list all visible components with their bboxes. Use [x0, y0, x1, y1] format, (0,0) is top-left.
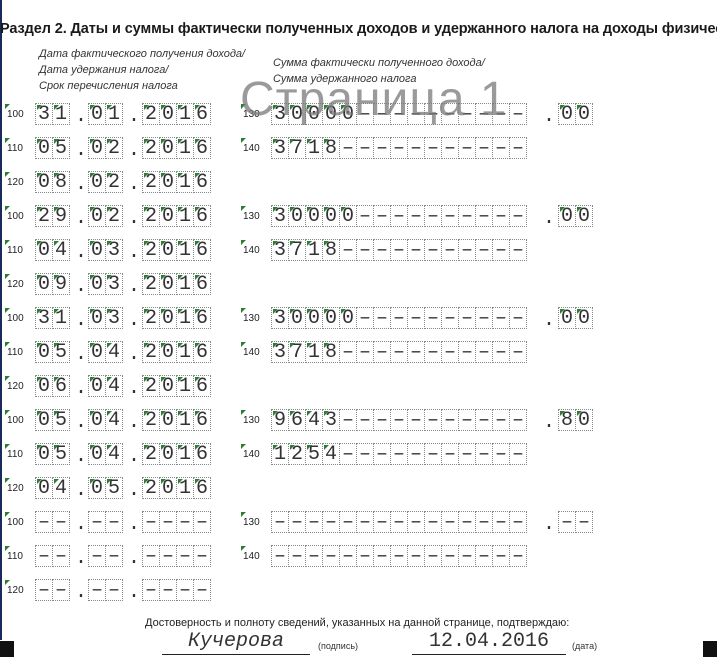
date-day-field-cell[interactable]: 0: [35, 137, 53, 159]
date-year-field-cell[interactable]: 2: [142, 171, 160, 193]
date-year-field-cell[interactable]: –: [142, 545, 160, 567]
income-amount-field-cell[interactable]: 3: [271, 205, 289, 227]
withheld-tax-field-cell[interactable]: –: [441, 239, 459, 261]
date-year-field-cell[interactable]: –: [193, 579, 211, 601]
date-day-field-cell[interactable]: –: [35, 511, 53, 533]
date-month-field: ––: [89, 579, 123, 601]
date-day-field-cell[interactable]: –: [35, 579, 53, 601]
withheld-tax-field-cell[interactable]: –: [356, 239, 374, 261]
date-year-field-cell[interactable]: 1: [176, 171, 194, 193]
date-day-field-cell[interactable]: 5: [52, 443, 70, 465]
decimal-separator: .: [75, 479, 87, 502]
date-day-field-cell[interactable]: 4: [52, 477, 70, 499]
date-year-field-cell[interactable]: 6: [193, 103, 211, 125]
date-year-field-cell[interactable]: 1: [176, 239, 194, 261]
withheld-tax-field-cell[interactable]: –: [458, 443, 476, 465]
income-amount-field-cell[interactable]: –: [339, 409, 357, 431]
date-month-field-cell[interactable]: 4: [105, 375, 123, 397]
date-year-field-cell[interactable]: 1: [176, 137, 194, 159]
income-amount-field-cell[interactable]: –: [492, 409, 510, 431]
date-year-field-cell[interactable]: 2: [142, 137, 160, 159]
withheld-tax-field-cell[interactable]: 7: [288, 239, 306, 261]
withheld-tax-field-cell[interactable]: 1: [305, 137, 323, 159]
date-month-field-cell[interactable]: 4: [105, 409, 123, 431]
date-year-field-cell[interactable]: 6: [193, 477, 211, 499]
date-year-field-cell[interactable]: –: [142, 579, 160, 601]
date-year-field-cell[interactable]: 1: [176, 477, 194, 499]
income-amount-field-cell[interactable]: –: [458, 205, 476, 227]
date-day-field-cell[interactable]: 3: [35, 103, 53, 125]
date-month-field-cell[interactable]: 0: [88, 273, 106, 295]
date-year-field-cell[interactable]: 2: [142, 273, 160, 295]
income-amount-field-cell[interactable]: –: [339, 511, 357, 533]
income-amount-field-cell[interactable]: –: [356, 307, 374, 329]
decimal-separator: .: [128, 241, 140, 264]
withheld-tax-field-cell[interactable]: –: [509, 239, 527, 261]
date-month-field-cell[interactable]: –: [105, 579, 123, 601]
date-month-field-cell[interactable]: –: [88, 545, 106, 567]
income-amount-field-cell[interactable]: 0: [322, 205, 340, 227]
income-amount-field-cell[interactable]: –: [390, 307, 408, 329]
income-amount-field-cell[interactable]: –: [424, 205, 442, 227]
income-amount-field-cell[interactable]: –: [475, 511, 493, 533]
income-amount-field-cell[interactable]: 0: [339, 307, 357, 329]
date-year-field-cell[interactable]: 2: [142, 443, 160, 465]
withheld-tax-field-cell[interactable]: –: [339, 341, 357, 363]
date-month-field-cell[interactable]: 1: [105, 103, 123, 125]
income-kopecks-field-cell[interactable]: 0: [558, 205, 576, 227]
income-amount-field-cell[interactable]: –: [509, 511, 527, 533]
withheld-tax-field-cell[interactable]: 3: [271, 137, 289, 159]
income-amount-field: 30000––––––––––: [272, 307, 527, 329]
withheld-tax-field-cell[interactable]: –: [475, 341, 493, 363]
date-year-field-cell[interactable]: 1: [176, 205, 194, 227]
date-year-field-cell[interactable]: 0: [159, 341, 177, 363]
income-amount-field-cell[interactable]: –: [407, 205, 425, 227]
withheld-tax-field-cell[interactable]: –: [509, 341, 527, 363]
income-amount-field-cell[interactable]: –: [509, 307, 527, 329]
income-amount-field-cell[interactable]: –: [424, 409, 442, 431]
date-day-field-cell[interactable]: 1: [52, 307, 70, 329]
date-month-field-cell[interactable]: 0: [88, 307, 106, 329]
line-code-label: 120: [7, 381, 24, 392]
date-month-field-cell[interactable]: –: [105, 511, 123, 533]
withheld-tax-field-cell[interactable]: –: [373, 341, 391, 363]
date-year-field-cell[interactable]: 1: [176, 341, 194, 363]
income-amount-field-cell[interactable]: 3: [271, 307, 289, 329]
income-amount-field-cell[interactable]: 0: [305, 307, 323, 329]
withheld-tax-field-cell[interactable]: –: [475, 137, 493, 159]
date-year-field-cell[interactable]: 0: [159, 205, 177, 227]
date-day-field-cell[interactable]: 2: [35, 205, 53, 227]
date-year-field-cell[interactable]: 6: [193, 307, 211, 329]
decimal-separator: .: [128, 547, 140, 570]
date-year-field: 2016: [143, 103, 211, 125]
income-amount-field-cell[interactable]: 4: [305, 409, 323, 431]
withheld-tax-field-cell[interactable]: –: [492, 137, 510, 159]
date-year-field-cell[interactable]: 2: [142, 103, 160, 125]
date-year-field-cell[interactable]: 0: [159, 477, 177, 499]
date-year-field-cell[interactable]: 1: [176, 443, 194, 465]
income-kopecks-field-cell[interactable]: 0: [575, 103, 593, 125]
date-year-field-cell[interactable]: 6: [193, 443, 211, 465]
income-kopecks-field-cell[interactable]: 0: [558, 103, 576, 125]
date-month-field-cell[interactable]: 0: [88, 375, 106, 397]
date-year-field: ––––: [143, 579, 211, 601]
withheld-tax-field-cell[interactable]: –: [390, 443, 408, 465]
date-month-field-cell[interactable]: 0: [88, 137, 106, 159]
income-amount-field-cell[interactable]: –: [424, 307, 442, 329]
withheld-tax-field-cell[interactable]: 1: [305, 239, 323, 261]
date-month-field-cell[interactable]: 0: [88, 341, 106, 363]
date-month-field: 02: [89, 171, 123, 193]
date-month-field-cell[interactable]: 5: [105, 477, 123, 499]
withheld-tax-field-cell[interactable]: 5: [305, 443, 323, 465]
date-day-field: 05: [36, 341, 70, 363]
date-field[interactable]: 12.04.2016: [412, 629, 566, 655]
income-amount-field-cell[interactable]: –: [458, 307, 476, 329]
income-amount-field-cell[interactable]: 0: [288, 205, 306, 227]
withheld-tax-field-cell[interactable]: 2: [288, 443, 306, 465]
date-month-field: 03: [89, 273, 123, 295]
withheld-tax-field-cell[interactable]: –: [475, 239, 493, 261]
date-day-field-cell[interactable]: 3: [35, 307, 53, 329]
withheld-tax-field-cell[interactable]: –: [339, 443, 357, 465]
income-amount-field-cell[interactable]: –: [509, 205, 527, 227]
income-kopecks-field-cell[interactable]: 0: [575, 409, 593, 431]
withheld-tax-field-cell[interactable]: 8: [322, 137, 340, 159]
income-kopecks-field-cell[interactable]: –: [575, 511, 593, 533]
date-day-field-cell[interactable]: 1: [52, 103, 70, 125]
date-year-field-cell[interactable]: 6: [193, 375, 211, 397]
date-month-field-cell[interactable]: 4: [105, 341, 123, 363]
date-year-field-cell[interactable]: 2: [142, 341, 160, 363]
withheld-tax-field-cell[interactable]: –: [509, 443, 527, 465]
date-day-field-cell[interactable]: 0: [35, 273, 53, 295]
withheld-tax-field-cell[interactable]: –: [407, 545, 425, 567]
date-month-field: 04: [89, 341, 123, 363]
line-code-label: 120: [7, 177, 24, 188]
date-month-field-cell[interactable]: 0: [88, 239, 106, 261]
income-kopecks-field-cell[interactable]: –: [558, 511, 576, 533]
income-amount-field-cell[interactable]: –: [288, 511, 306, 533]
date-day-field-cell[interactable]: –: [35, 545, 53, 567]
withheld-tax-field-cell[interactable]: –: [475, 443, 493, 465]
page-watermark: Страница 1: [240, 72, 508, 127]
date-day-field-cell[interactable]: 9: [52, 205, 70, 227]
withheld-tax-field-cell[interactable]: –: [407, 341, 425, 363]
income-amount-field-cell[interactable]: 0: [339, 205, 357, 227]
date-day-field-cell[interactable]: –: [52, 511, 70, 533]
date-year-field-cell[interactable]: –: [176, 579, 194, 601]
withheld-tax-field-cell[interactable]: –: [305, 545, 323, 567]
date-year-field-cell[interactable]: –: [159, 511, 177, 533]
signature-field[interactable]: Кучерова: [162, 629, 310, 655]
date-month-field-cell[interactable]: 4: [105, 443, 123, 465]
date-month-field-cell[interactable]: 2: [105, 205, 123, 227]
section-title: Раздел 2. Даты и суммы фактически получе…: [0, 21, 717, 37]
income-amount-field-cell[interactable]: –: [458, 511, 476, 533]
date-year-field-cell[interactable]: 2: [142, 239, 160, 261]
income-amount-field-cell[interactable]: –: [322, 511, 340, 533]
date-day-field-cell[interactable]: –: [52, 545, 70, 567]
date-year-field-cell[interactable]: 0: [159, 239, 177, 261]
date-year-field-cell[interactable]: 6: [193, 205, 211, 227]
date-day-field-cell[interactable]: 8: [52, 171, 70, 193]
withheld-tax-field-cell[interactable]: –: [356, 341, 374, 363]
income-amount-field-cell[interactable]: –: [373, 307, 391, 329]
date-month-field-cell[interactable]: 0: [88, 205, 106, 227]
withheld-tax-field-cell[interactable]: –: [424, 443, 442, 465]
income-amount-field-cell[interactable]: –: [475, 307, 493, 329]
withheld-tax-field-cell[interactable]: –: [458, 137, 476, 159]
date-year-field-cell[interactable]: 6: [193, 239, 211, 261]
date-month-field-cell[interactable]: 0: [88, 409, 106, 431]
withheld-tax-field-cell[interactable]: 1: [305, 341, 323, 363]
withheld-tax-field-cell[interactable]: –: [373, 545, 391, 567]
date-month-field-cell[interactable]: 0: [88, 477, 106, 499]
income-amount-field-cell[interactable]: –: [441, 409, 459, 431]
income-amount-field-cell[interactable]: –: [390, 205, 408, 227]
income-kopecks-field-cell[interactable]: 0: [558, 307, 576, 329]
date-year-field-cell[interactable]: 1: [176, 273, 194, 295]
withheld-tax-field-cell[interactable]: –: [407, 239, 425, 261]
withheld-tax-field-cell[interactable]: –: [424, 545, 442, 567]
date-year-field-cell[interactable]: 0: [159, 137, 177, 159]
date-day-field: 31: [36, 103, 70, 125]
withheld-tax-field-cell[interactable]: –: [373, 443, 391, 465]
date-year-field-cell[interactable]: 2: [142, 205, 160, 227]
date-year-field-cell[interactable]: 6: [193, 137, 211, 159]
withheld-tax-field-cell[interactable]: –: [509, 137, 527, 159]
date-year-field-cell[interactable]: –: [176, 545, 194, 567]
date-year-field-cell[interactable]: 6: [193, 409, 211, 431]
date-day-field-cell[interactable]: 0: [35, 375, 53, 397]
date-year-field-cell[interactable]: 0: [159, 171, 177, 193]
income-amount-field-cell[interactable]: –: [390, 409, 408, 431]
withheld-tax-field-cell[interactable]: –: [424, 341, 442, 363]
date-year-field-cell[interactable]: 0: [159, 103, 177, 125]
withheld-tax-field-cell[interactable]: –: [356, 545, 374, 567]
income-amount-field-cell[interactable]: –: [305, 511, 323, 533]
withheld-tax-field-cell[interactable]: –: [339, 545, 357, 567]
income-amount-field-cell[interactable]: –: [390, 511, 408, 533]
decimal-separator: .: [75, 105, 87, 128]
income-amount-field-cell[interactable]: 6: [288, 409, 306, 431]
withheld-tax-field-cell[interactable]: –: [322, 545, 340, 567]
withheld-tax-field-cell[interactable]: –: [356, 137, 374, 159]
income-amount-field-cell[interactable]: 0: [322, 307, 340, 329]
date-year-field-cell[interactable]: 1: [176, 409, 194, 431]
decimal-separator: .: [128, 105, 140, 128]
withheld-tax-field-cell[interactable]: –: [458, 239, 476, 261]
date-year-field-cell[interactable]: –: [193, 511, 211, 533]
date-year-field-cell[interactable]: 0: [159, 375, 177, 397]
withheld-tax-field-cell[interactable]: –: [339, 239, 357, 261]
date-year-field: 2016: [143, 239, 211, 261]
date-year-field-cell[interactable]: 2: [142, 375, 160, 397]
date-year-field-cell[interactable]: 6: [193, 273, 211, 295]
date-year-field-cell[interactable]: 1: [176, 307, 194, 329]
withheld-tax-field-cell[interactable]: –: [390, 239, 408, 261]
withheld-tax-field-cell[interactable]: –: [424, 239, 442, 261]
withheld-tax-field-cell[interactable]: –: [373, 137, 391, 159]
income-amount-field-cell[interactable]: –: [356, 409, 374, 431]
income-amount-field-cell[interactable]: 9: [271, 409, 289, 431]
date-day-field-cell[interactable]: 0: [35, 409, 53, 431]
date-year-field-cell[interactable]: 1: [176, 375, 194, 397]
date-year-field-cell[interactable]: 6: [193, 341, 211, 363]
date-month-field-cell[interactable]: 3: [105, 239, 123, 261]
date-year-field-cell[interactable]: 0: [159, 409, 177, 431]
date-day-field-cell[interactable]: 5: [52, 137, 70, 159]
date-month-field-cell[interactable]: 0: [88, 443, 106, 465]
date-month-field-cell[interactable]: –: [88, 511, 106, 533]
income-amount-field-cell[interactable]: –: [441, 307, 459, 329]
date-day-field-cell[interactable]: –: [52, 579, 70, 601]
withheld-tax-field-cell[interactable]: 4: [322, 443, 340, 465]
date-month-field: 02: [89, 137, 123, 159]
income-amount-field-cell[interactable]: –: [373, 205, 391, 227]
decimal-separator: .: [75, 513, 87, 536]
income-amount-field-cell[interactable]: –: [373, 511, 391, 533]
date-day-field-cell[interactable]: 0: [35, 341, 53, 363]
withheld-tax-field-cell[interactable]: –: [458, 341, 476, 363]
withheld-tax-field-cell[interactable]: –: [441, 137, 459, 159]
line-code-label: 110: [7, 347, 23, 358]
date-month-field-cell[interactable]: 2: [105, 137, 123, 159]
withheld-tax-field-cell[interactable]: 3: [271, 239, 289, 261]
withheld-tax-field-cell[interactable]: –: [441, 341, 459, 363]
withheld-tax-field-cell[interactable]: –: [441, 545, 459, 567]
date-month-field-cell[interactable]: 3: [105, 307, 123, 329]
withheld-tax-field-cell[interactable]: –: [441, 443, 459, 465]
withheld-tax-field-cell[interactable]: –: [424, 137, 442, 159]
income-amount-field-cell[interactable]: –: [407, 511, 425, 533]
date-day-field-cell[interactable]: 0: [35, 477, 53, 499]
income-amount-field-cell[interactable]: –: [509, 409, 527, 431]
date-year-field-cell[interactable]: 0: [159, 307, 177, 329]
date-year-field-cell[interactable]: –: [176, 511, 194, 533]
income-amount-field-cell[interactable]: –: [356, 205, 374, 227]
income-amount-field-cell[interactable]: –: [407, 409, 425, 431]
date-year-field-cell[interactable]: 0: [159, 443, 177, 465]
date-month-field-cell[interactable]: 3: [105, 273, 123, 295]
income-amount-field-cell[interactable]: –: [271, 511, 289, 533]
withheld-tax-field-cell[interactable]: –: [492, 545, 510, 567]
income-amount-field-cell[interactable]: –: [492, 307, 510, 329]
income-amount-field-cell[interactable]: –: [492, 511, 510, 533]
date-year-field: ––––: [143, 511, 211, 533]
income-amount-field-cell[interactable]: –: [424, 511, 442, 533]
date-year-field-cell[interactable]: 2: [142, 409, 160, 431]
date-month-field-cell[interactable]: –: [105, 545, 123, 567]
withheld-tax-field-cell[interactable]: –: [390, 341, 408, 363]
income-amount-field-cell[interactable]: –: [492, 205, 510, 227]
income-amount-field-cell[interactable]: –: [356, 511, 374, 533]
income-amount-field-cell[interactable]: –: [458, 409, 476, 431]
date-day-field-cell[interactable]: 9: [52, 273, 70, 295]
date-month-field-cell[interactable]: –: [88, 579, 106, 601]
income-kopecks-field-cell[interactable]: 8: [558, 409, 576, 431]
line-code-label: 140: [243, 245, 260, 256]
withheld-tax-field-cell[interactable]: –: [390, 137, 408, 159]
withheld-tax-field-cell[interactable]: –: [390, 545, 408, 567]
confirmation-text: Достоверность и полноту сведений, указан…: [145, 617, 569, 629]
withheld-tax-field-cell[interactable]: –: [458, 545, 476, 567]
withheld-tax-field-cell[interactable]: –: [271, 545, 289, 567]
date-month-field-cell[interactable]: 2: [105, 171, 123, 193]
date-day-field-cell[interactable]: 5: [52, 341, 70, 363]
decimal-separator: .: [75, 241, 87, 264]
withheld-tax-field-cell[interactable]: –: [288, 545, 306, 567]
income-kopecks-field: 80: [559, 409, 593, 431]
income-amount-field-cell[interactable]: –: [441, 205, 459, 227]
withheld-tax-field-cell[interactable]: 8: [322, 239, 340, 261]
withheld-tax-field-cell[interactable]: –: [407, 443, 425, 465]
withheld-tax-field-cell[interactable]: –: [492, 443, 510, 465]
income-amount-field-cell[interactable]: –: [509, 103, 527, 125]
line-code-label: 130: [243, 211, 260, 222]
date-year-field-cell[interactable]: –: [159, 545, 177, 567]
withheld-tax-field-cell[interactable]: –: [373, 239, 391, 261]
income-amount-field-cell[interactable]: –: [407, 307, 425, 329]
income-amount-field-cell[interactable]: –: [373, 409, 391, 431]
withheld-tax-field-cell[interactable]: 1: [271, 443, 289, 465]
date-day-field-cell[interactable]: 0: [35, 443, 53, 465]
withheld-tax-field-cell[interactable]: –: [339, 137, 357, 159]
date-year-field-cell[interactable]: 6: [193, 171, 211, 193]
date-year-field-cell[interactable]: –: [159, 579, 177, 601]
date-day-field-cell[interactable]: 0: [35, 239, 53, 261]
decimal-separator: .: [75, 411, 87, 434]
withheld-tax-field-cell[interactable]: 7: [288, 137, 306, 159]
date-year-field-cell[interactable]: –: [193, 545, 211, 567]
dates-header-line-3: Срок перечисления налога: [39, 78, 245, 94]
income-kopecks-field-cell[interactable]: 0: [575, 205, 593, 227]
date-year-field-cell[interactable]: 1: [176, 103, 194, 125]
date-day-field-cell[interactable]: 5: [52, 409, 70, 431]
date-year-field-cell[interactable]: 2: [142, 307, 160, 329]
date-year-field-cell[interactable]: –: [142, 511, 160, 533]
income-amount-field-cell[interactable]: –: [475, 409, 493, 431]
income-amount-field-cell[interactable]: 0: [288, 307, 306, 329]
page-left-border: [0, 0, 2, 640]
withheld-tax-field-cell[interactable]: –: [475, 545, 493, 567]
date-day-field-cell[interactable]: 0: [35, 171, 53, 193]
withheld-tax-field-cell[interactable]: –: [509, 545, 527, 567]
date-month-field-cell[interactable]: 0: [88, 171, 106, 193]
date-day-field-cell[interactable]: 4: [52, 239, 70, 261]
withheld-tax-field-cell[interactable]: 7: [288, 341, 306, 363]
income-amount-field-cell[interactable]: 3: [322, 409, 340, 431]
withheld-tax-field-cell[interactable]: –: [407, 137, 425, 159]
withheld-tax-field-cell[interactable]: –: [492, 341, 510, 363]
withheld-tax-field-cell[interactable]: 3: [271, 341, 289, 363]
withheld-tax-field-cell[interactable]: –: [492, 239, 510, 261]
date-month-field-cell[interactable]: 0: [88, 103, 106, 125]
withheld-tax-field-cell[interactable]: 8: [322, 341, 340, 363]
date-year-field-cell[interactable]: 0: [159, 273, 177, 295]
income-kopecks-field-cell[interactable]: 0: [575, 307, 593, 329]
income-amount-field-cell[interactable]: –: [441, 511, 459, 533]
income-amount-field-cell[interactable]: 0: [305, 205, 323, 227]
date-year-field-cell[interactable]: 2: [142, 477, 160, 499]
withheld-tax-field-cell[interactable]: –: [356, 443, 374, 465]
date-day-field-cell[interactable]: 6: [52, 375, 70, 397]
line-code-label: 120: [7, 585, 24, 596]
income-amount-field-cell[interactable]: –: [475, 205, 493, 227]
